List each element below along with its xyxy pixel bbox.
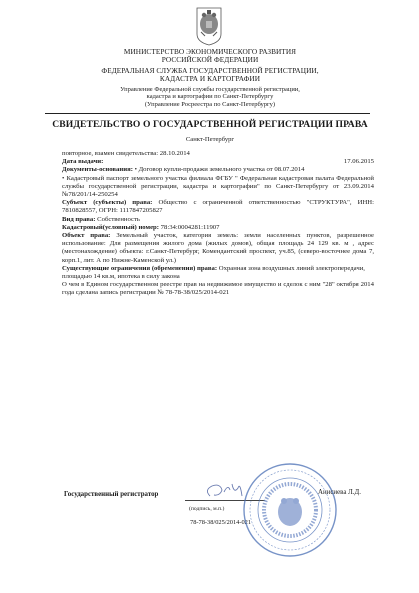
document-title: СВИДЕТЕЛЬСТВО О ГОСУДАРСТВЕННОЙ РЕГИСТРА… <box>40 119 380 130</box>
documents-item-1: • Договор купли-продажи земельного участ… <box>135 166 305 173</box>
right-type-label: Вид права: <box>62 216 95 223</box>
registrar-name: Анисиева Л.Д. <box>318 489 361 496</box>
document-city: Санкт-Петербург <box>40 136 380 143</box>
documents-row: Документы-основания: • Договор купли-про… <box>62 166 374 174</box>
dept-line-1: Управление Федеральной службы государств… <box>40 86 380 94</box>
issuer-header: МИНИСТЕРСТВО ЭКОНОМИЧЕСКОГО РАЗВИТИЯ РОС… <box>40 48 380 108</box>
object-label: Объект права: <box>62 232 110 239</box>
documents-label: Документы-основания: <box>62 166 133 173</box>
header-divider <box>45 113 370 114</box>
cadastral-row: Кадастровый(условный) номер: 78:34:00042… <box>62 224 374 232</box>
coat-of-arms-icon <box>195 6 223 46</box>
certificate-page: МИНИСТЕРСТВО ЭКОНОМИЧЕСКОГО РАЗВИТИЯ РОС… <box>0 0 419 593</box>
issue-date-label: Дата выдачи: <box>62 158 103 166</box>
cadastral-label: Кадастровый(условный) номер: <box>62 224 159 231</box>
dept-line-3: (Управление Росреестра по Санкт-Петербур… <box>40 101 380 109</box>
official-stamp-icon <box>240 460 340 560</box>
encumbrance-row: Существующие ограничения (обременения) п… <box>62 265 374 281</box>
certificate-body: повторное, взамен свидетельства: 28.10.2… <box>62 150 374 298</box>
subject-label: Субъект (субъекты) права: <box>62 199 152 206</box>
signature-caption: (подпись, м.п.) <box>189 506 224 512</box>
registry-note: О чем в Едином государственном реестре п… <box>62 281 374 297</box>
dept-line-2: кадастра и картографии по Санкт-Петербур… <box>40 93 380 101</box>
subject-row: Субъект (субъекты) права: Общество с огр… <box>62 199 374 215</box>
object-row: Объект права: Земельный участок, категор… <box>62 232 374 265</box>
documents-item-2: • Кадастровый паспорт земельного участка… <box>62 175 374 200</box>
registrar-role: Государственный регистратор <box>64 491 158 498</box>
reissue-note: повторное, взамен свидетельства: 28.10.2… <box>62 150 374 158</box>
right-type-row: Вид права: Собственность <box>62 216 374 224</box>
ministry-line-2: РОССИЙСКОЙ ФЕДЕРАЦИИ <box>40 56 380 64</box>
issue-date-row: Дата выдачи: 17.06.2015 <box>62 158 374 166</box>
right-type-value: Собственность <box>97 216 140 223</box>
issue-date-value: 17.06.2015 <box>344 158 374 166</box>
signature-block: Государственный регистратор (подпись, м.… <box>0 480 419 570</box>
encumbrance-label: Существующие ограничения (обременения) п… <box>62 265 217 272</box>
cadastral-value: 78:34:0004281:11907 <box>161 224 220 231</box>
service-line-2: КАДАСТРА И КАРТОГРАФИИ <box>40 75 380 83</box>
